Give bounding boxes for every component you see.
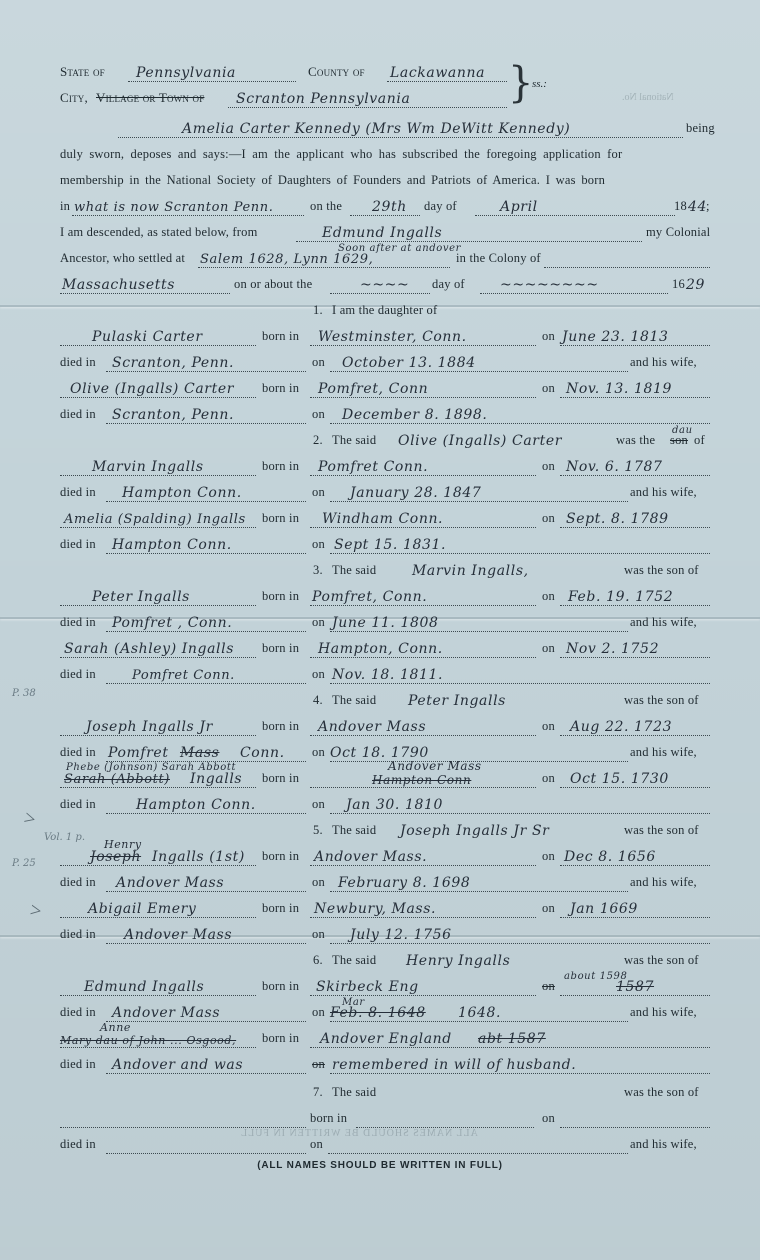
gen6-father-born-in: Skirbeck Eng <box>316 979 419 995</box>
gen1-mother-died-in: Scranton, Penn. <box>112 407 234 423</box>
sworn-text-1: duly sworn, deposes and says:—I am the a… <box>60 147 622 162</box>
gen4-mother-died-in: Hampton Conn. <box>136 797 256 813</box>
on-label: on <box>542 459 555 474</box>
born-in-label: born in <box>262 1031 299 1046</box>
margin-note-page-38: P. 38 <box>12 688 36 699</box>
colony-value: Massachusetts <box>62 277 175 293</box>
gen6-mother-died-on: remembered in will of husband. <box>332 1057 576 1073</box>
died-in-label: died in <box>60 1137 96 1152</box>
born-in-label: born in <box>262 719 299 734</box>
and-his-wife-label: and his wife, <box>630 615 697 630</box>
gen4-father-born-in: Andover Mass <box>318 719 426 735</box>
gen1-mother: Olive (Ingalls) Carter <box>70 381 234 397</box>
gen7-father-field[interactable] <box>60 1109 306 1128</box>
gen2-mother-born-row: Amelia (Spalding) Ingalls born in Windha… <box>60 504 710 530</box>
gen7-father-born-row: born in on <box>60 1104 710 1130</box>
gen2-father-died-in: Hampton Conn. <box>122 485 242 501</box>
sworn-text-2: membership in the National Society of Da… <box>60 173 605 188</box>
sworn-line-1: duly sworn, deposes and says:—I am the a… <box>60 140 710 166</box>
gen4-father-died-in-end: Conn. <box>240 745 285 761</box>
gen3-father-died-row: died in Pomfret , Conn. on June 11. 1808… <box>60 608 710 634</box>
gen2-father-born-row: Marvin Ingalls born in Pomfret Conn. on … <box>60 452 710 478</box>
born-in-label: born in <box>262 381 299 396</box>
gen3-mother-born-row: Sarah (Ashley) Ingalls born in Hampton, … <box>60 634 710 660</box>
gen2-father-born-on: Nov. 6. 1787 <box>566 459 662 475</box>
of-label: of <box>694 433 705 448</box>
born-in-label: born in <box>310 1111 347 1126</box>
descended-line: I am descended, as stated below, from Ed… <box>60 218 710 244</box>
gen4-father-born-on: Aug 22. 1723 <box>570 719 672 735</box>
gen6-number: 6. <box>313 953 323 968</box>
gen5-mother-born-on: Jan 1669 <box>570 901 638 917</box>
about-year-prefix: 16 <box>672 277 685 292</box>
gen3-number: 3. <box>313 563 323 578</box>
born-in-label: born in <box>262 589 299 604</box>
gen4-mother-died-on: Jan 30. 1810 <box>346 797 443 813</box>
on-label: on <box>542 589 555 604</box>
gen1-mother-died-row: died in Scranton, Penn. on December 8. 1… <box>60 400 710 426</box>
the-said-label: The said <box>332 563 376 578</box>
and-his-wife-label: and his wife, <box>630 485 697 500</box>
gen3-father-born-row: Peter Ingalls born in Pomfret, Conn. on … <box>60 582 710 608</box>
city-label: City, <box>60 90 88 106</box>
and-his-wife-label: and his wife, <box>630 875 697 890</box>
gen3-mother: Sarah (Ashley) Ingalls <box>64 641 234 657</box>
margin-check-mark-icon: > <box>21 807 38 832</box>
gen4-heading: 4. The said Peter Ingalls was the son of <box>60 686 710 712</box>
gen7-number: 7. <box>313 1085 323 1100</box>
gen4-mother-born-in-insert: Andover Mass <box>388 759 482 773</box>
gen6-mother-born-row: Anne Mary dau of John ... Osgood, born i… <box>60 1024 710 1050</box>
died-in-label: died in <box>60 537 96 552</box>
born-in-label: born in <box>262 979 299 994</box>
gen6-heading: 6. The said Henry Ingalls was the son of <box>60 946 710 972</box>
born-in-label: born in <box>262 329 299 344</box>
gen6-mother-insert: Anne <box>100 1021 131 1034</box>
was-the-label: was the <box>616 433 655 448</box>
died-in-label: died in <box>60 875 96 890</box>
gen6-mother-died-in: Andover and was <box>112 1057 243 1073</box>
gen2-father: Marvin Ingalls <box>92 459 204 475</box>
the-said-label: The said <box>332 953 376 968</box>
gen3-father-died-on: June 11. 1808 <box>332 615 439 631</box>
gen5-father-born-row: Henry Joseph Ingalls (1st) born in Andov… <box>60 842 710 868</box>
gen1-father-died-on: October 13. 1884 <box>342 355 476 371</box>
on-label: on <box>312 667 325 682</box>
colony-label: in the Colony of <box>456 251 541 266</box>
settled-value: Salem 1628, Lynn 1629, <box>200 252 373 267</box>
gen5-father-died-in: Andover Mass <box>116 875 224 891</box>
gen4-mother-born-row: Phebe (Johnson) Sarah Abbott Sarah (Abbo… <box>60 764 710 790</box>
gen5-father: Ingalls (1st) <box>152 849 245 865</box>
day-of-label: day of <box>424 199 457 214</box>
gen2-heading: 2. The said Olive (Ingalls) Carter was t… <box>60 426 710 452</box>
year-prefix: 18 <box>674 199 687 214</box>
gen4-father-born-row: Joseph Ingalls Jr born in Andover Mass o… <box>60 712 710 738</box>
settled-line: Ancestor, who settled at Salem 1628, Lyn… <box>60 244 710 270</box>
gen1-heading: 1. I am the daughter of <box>60 296 710 322</box>
on-label: on <box>542 1111 555 1126</box>
gen2-father-died-on: January 28. 1847 <box>350 485 481 501</box>
on-label: on <box>312 1005 325 1020</box>
died-in-label: died in <box>60 927 96 942</box>
on-label: on <box>312 537 325 552</box>
gen5-mother-died-on: July 12. 1756 <box>350 927 452 943</box>
state-label: State of <box>60 64 105 80</box>
gen4-father-died-row: died in Pomfret Mass Conn. on Oct 18. 17… <box>60 738 710 764</box>
was-the-son-of-label: was the son of <box>624 563 699 578</box>
on-label: on <box>542 719 555 734</box>
gen3-mother-born-in: Hampton, Conn. <box>318 641 443 657</box>
gen4-number: 4. <box>313 693 323 708</box>
gen3-father-died-in: Pomfret , Conn. <box>112 615 232 631</box>
gen2-father-born-in: Pomfret Conn. <box>318 459 428 475</box>
gen1-father-born-in: Westminster, Conn. <box>318 329 467 345</box>
about-day-value: ~~~~ <box>360 277 409 293</box>
sworn-line-2: membership in the National Society of Da… <box>60 166 710 192</box>
gen7-father-deathdate-field[interactable] <box>328 1135 628 1154</box>
on-label: on <box>312 927 325 942</box>
gen3-father-born-on: Feb. 19. 1752 <box>568 589 673 605</box>
born-in-label: born in <box>262 901 299 916</box>
on-label: on <box>312 875 325 890</box>
gen2-mother-born-on: Sept. 8. 1789 <box>566 511 669 527</box>
settled-label: Ancestor, who settled at <box>60 251 185 266</box>
settled-insert: Soon after at andover <box>338 243 461 254</box>
margin-note-page-25: P. 25 <box>12 858 36 869</box>
city-line: City, Village or Town of Scranton Pennsy… <box>60 84 710 110</box>
state-county-line: State of Pennsylvania County of Lackawan… <box>60 58 710 84</box>
gen5-mother: Abigail Emery <box>88 901 196 917</box>
gen6-father-died-on-struck: Feb. 8. 1648 <box>330 1005 426 1021</box>
year-suffix: ; <box>706 199 710 214</box>
and-his-wife-label: and his wife, <box>630 1137 697 1152</box>
gen4-father-died-in-struck: Mass <box>180 745 219 761</box>
descended-label: I am descended, as stated below, from <box>60 225 258 240</box>
county-value: Lackawanna <box>390 65 485 81</box>
gen3-said-name: Marvin Ingalls, <box>412 563 529 579</box>
born-in-label: born in <box>262 771 299 786</box>
gen1-father-died-row: died in Scranton, Penn. on October 13. 1… <box>60 348 710 374</box>
on-label-struck: on <box>542 979 555 994</box>
gen6-father-died-in: Andover Mass <box>112 1005 220 1021</box>
born-in-label: born in <box>262 641 299 656</box>
on-label: on <box>542 329 555 344</box>
on-label: on <box>312 745 325 760</box>
gen4-father: Joseph Ingalls Jr <box>86 719 213 735</box>
on-label: on <box>310 1137 323 1152</box>
gen4-mother-born-on: Oct 15. 1730 <box>570 771 669 787</box>
born-in-label: born in <box>262 511 299 526</box>
gen6-father-born-on-struck: 1587 <box>616 979 654 995</box>
gen1-number: 1. <box>313 303 323 318</box>
gen7-heading: 7. The said was the son of <box>60 1078 710 1104</box>
born-in-label: born in <box>262 849 299 864</box>
gen6-mother-died-row: died in Andover and was on remembered in… <box>60 1050 710 1076</box>
died-in-label: died in <box>60 355 96 370</box>
gen7-father-died-row: died in on and his wife, <box>60 1130 710 1156</box>
village-town-struck: Village or Town of <box>96 90 204 106</box>
gen6-said-name: Henry Ingalls <box>406 953 510 969</box>
and-his-wife-label: and his wife, <box>630 745 697 760</box>
died-in-label: died in <box>60 667 96 682</box>
on-label-struck: on <box>312 1057 325 1072</box>
gen2-mother-died-row: died in Hampton Conn. on Sept 15. 1831. <box>60 530 710 556</box>
gen6-mother-struck: Mary dau of John ... Osgood, <box>60 1034 236 1047</box>
on-label: on <box>542 381 555 396</box>
gen2-mother-died-in: Hampton Conn. <box>112 537 232 553</box>
on-label: on <box>542 901 555 916</box>
ss-label: ss.: <box>532 78 547 90</box>
gen7-father-deathplace-field[interactable] <box>106 1135 306 1154</box>
and-his-wife-label: and his wife, <box>630 1005 697 1020</box>
state-value: Pennsylvania <box>136 65 236 81</box>
about-year-value: 29 <box>686 277 705 293</box>
died-in-label: died in <box>60 745 96 760</box>
gen5-heading: 5. The said Joseph Ingalls Jr Sr was the… <box>60 816 710 842</box>
birth-year-value: 44 <box>688 199 707 215</box>
gen5-mother-died-row: died in Andover Mass on July 12. 1756 <box>60 920 710 946</box>
gen3-mother-born-on: Nov 2. 1752 <box>566 641 659 657</box>
on-label: on <box>312 615 325 630</box>
gen1-father-born-row: Pulaski Carter born in Westminster, Conn… <box>60 322 710 348</box>
the-said-label: The said <box>332 823 376 838</box>
gen1-mother-born-on: Nov. 13. 1819 <box>566 381 672 397</box>
on-label: on <box>312 355 325 370</box>
on-label: on <box>312 485 325 500</box>
gen2-mother: Amelia (Spalding) Ingalls <box>64 512 246 527</box>
gen3-father-born-in: Pomfret, Conn. <box>312 589 427 605</box>
and-his-wife-label: and his wife, <box>630 355 697 370</box>
affiant-name: Amelia Carter Kennedy (Mrs Wm DeWitt Ken… <box>182 121 570 137</box>
gen4-father-died-in: Pomfret <box>108 745 169 761</box>
gen1-mother-died-on: December 8. 1898. <box>342 407 487 423</box>
about-month-value: ~~~~~~~~ <box>500 277 599 293</box>
gen5-mother-born-in: Newbury, Mass. <box>314 901 436 917</box>
gen1-father-died-in: Scranton, Penn. <box>112 355 234 371</box>
gen1-father: Pulaski Carter <box>92 329 203 345</box>
colonial-label: my Colonial <box>646 225 710 240</box>
gen5-number: 5. <box>313 823 323 838</box>
being-label: being <box>686 121 715 136</box>
gen6-mother-born-in: Andover England <box>320 1031 452 1047</box>
gen6-father: Edmund Ingalls <box>84 979 204 995</box>
on-label: on <box>542 511 555 526</box>
birth-line: in what is now Scranton Penn. on the 29t… <box>60 192 710 218</box>
gen6-father-born-row: Edmund Ingalls born in Skirbeck Eng on a… <box>60 972 710 998</box>
died-in-label: died in <box>60 485 96 500</box>
gen1-mother-born-in: Pomfret, Conn <box>318 381 428 397</box>
gen5-father-struck: Joseph <box>90 849 141 865</box>
affidavit-document: National No. ALL NAMES SHOULD BE WRITTEN… <box>0 0 760 1260</box>
birthplace-value: what is now Scranton Penn. <box>74 200 273 215</box>
gen7-father-birthdate-field[interactable] <box>560 1109 710 1128</box>
gen3-heading: 3. The said Marvin Ingalls, was the son … <box>60 556 710 582</box>
ancestor-value: Edmund Ingalls <box>322 225 442 241</box>
gen3-mother-died-in: Pomfret Conn. <box>132 668 235 683</box>
gen5-mother-died-in: Andover Mass <box>124 927 232 943</box>
gen5-father-died-row: died in Andover Mass on February 8. 1698… <box>60 868 710 894</box>
born-in-label: in <box>60 199 70 214</box>
on-label: on <box>542 641 555 656</box>
footer-instruction: (ALL NAMES SHOULD BE WRITTEN IN FULL) <box>0 1160 760 1171</box>
on-the-label: on the <box>310 199 342 214</box>
the-said-label: The said <box>332 433 376 448</box>
gen4-mother-struck: Sarah (Abbott) <box>64 772 170 787</box>
gen5-father-born-in: Andover Mass. <box>314 849 427 865</box>
on-label: on <box>312 407 325 422</box>
city-value: Scranton Pennsylvania <box>236 91 410 107</box>
gen1-father-born-on: June 23. 1813 <box>562 329 669 345</box>
on-label: on <box>542 849 555 864</box>
gen4-mother: Ingalls <box>190 771 242 787</box>
died-in-label: died in <box>60 1005 96 1020</box>
county-label: County of <box>308 64 365 80</box>
about-label: on or about the <box>234 277 312 292</box>
was-the-son-of-label: was the son of <box>624 1085 699 1100</box>
gen5-mother-born-row: Abigail Emery born in Newbury, Mass. on … <box>60 894 710 920</box>
gen3-father: Peter Ingalls <box>92 589 190 605</box>
was-the-son-of-label: was the son of <box>624 823 699 838</box>
margin-check-mark-icon: > <box>28 899 43 924</box>
died-in-label: died in <box>60 615 96 630</box>
gen1-heading-text: I am the daughter of <box>332 303 437 318</box>
gen7-father-birthplace-field[interactable] <box>356 1109 534 1128</box>
gen5-father-died-on: February 8. 1698 <box>338 875 470 891</box>
gen4-said-name: Peter Ingalls <box>408 693 506 709</box>
birth-day-value: 29th <box>372 199 407 215</box>
about-day-of-label: day of <box>432 277 465 292</box>
gen2-said-name: Olive (Ingalls) Carter <box>398 433 562 449</box>
the-said-label: The said <box>332 1085 376 1100</box>
affiant-line: Amelia Carter Kennedy (Mrs Wm DeWitt Ken… <box>60 114 710 140</box>
on-label: on <box>312 797 325 812</box>
gen6-mother-born-on-struck: abt 1587 <box>478 1031 546 1047</box>
gen2-mother-born-in: Windham Conn. <box>322 511 443 527</box>
the-said-label: The said <box>332 693 376 708</box>
gen2-number: 2. <box>313 433 323 448</box>
was-the-son-of-label: was the son of <box>624 953 699 968</box>
colony-line: Massachusetts on or about the ~~~~ day o… <box>60 270 710 296</box>
birth-month-value: April <box>500 199 538 215</box>
gen3-mother-died-row: died in Pomfret Conn. on Nov. 18. 1811. <box>60 660 710 686</box>
gen4-mother-born-in-struck: Hampton Conn <box>372 773 471 787</box>
brace: } <box>508 59 533 107</box>
died-in-label: died in <box>60 797 96 812</box>
colony-blank-field[interactable] <box>544 249 710 268</box>
gen4-mother-died-row: died in Hampton Conn. on Jan 30. 1810 <box>60 790 710 816</box>
on-label: on <box>542 771 555 786</box>
gen2-father-died-row: died in Hampton Conn. on January 28. 184… <box>60 478 710 504</box>
gen1-mother-born-row: Olive (Ingalls) Carter born in Pomfret, … <box>60 374 710 400</box>
dau-insert: dau <box>672 425 693 436</box>
gen6-father-died-on: 1648. <box>458 1005 501 1021</box>
gen6-father-died-row: died in Andover Mass on Mar Feb. 8. 1648… <box>60 998 710 1024</box>
gen5-father-born-on: Dec 8. 1656 <box>564 849 656 865</box>
died-in-label: died in <box>60 1057 96 1072</box>
born-in-label: born in <box>262 459 299 474</box>
was-the-son-of-label: was the son of <box>624 693 699 708</box>
gen3-mother-died-on: Nov. 18. 1811. <box>332 667 443 683</box>
gen2-mother-died-on: Sept 15. 1831. <box>334 537 446 553</box>
gen5-said-name: Joseph Ingalls Jr Sr <box>400 823 549 839</box>
died-in-label: died in <box>60 407 96 422</box>
